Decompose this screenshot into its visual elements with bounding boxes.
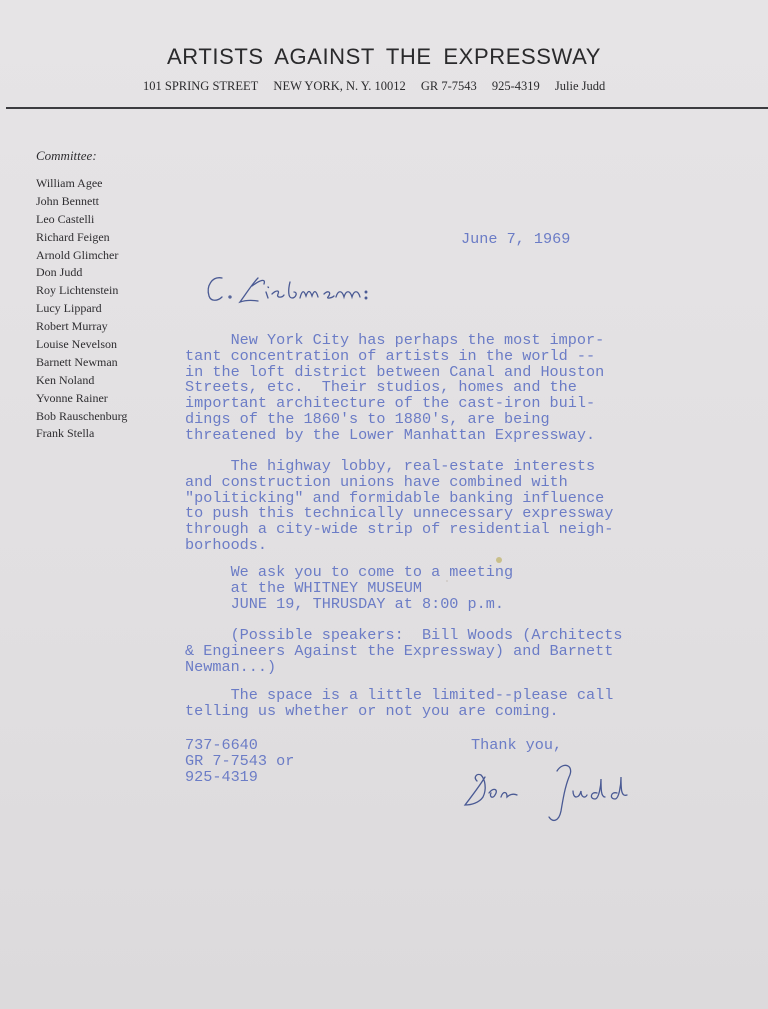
committee-member: Leo Castelli (36, 211, 127, 229)
letterhead-divider (6, 107, 768, 109)
handwritten-salutation: C. Liebmann: (200, 270, 390, 310)
letter-page: ARTISTS AGAINST THE EXPRESSWAY 101 SPRIN… (0, 0, 768, 1009)
committee-member: Bob Rauschenburg (36, 408, 127, 426)
letterhead-address: 101 SPRING STREET NEW YORK, N. Y. 10012 … (143, 79, 617, 94)
paper-speck (446, 580, 448, 582)
address-phone-1: GR 7-7543 (421, 79, 477, 93)
rsvp-paragraph: The space is a little limited--please ca… (185, 688, 613, 720)
committee-member: Ken Noland (36, 372, 127, 390)
address-street: 101 SPRING STREET (143, 79, 258, 93)
committee-member: Lucy Lippard (36, 300, 127, 318)
committee-sidebar: Committee: William Agee John Bennett Leo… (36, 148, 127, 443)
meeting-details: We ask you to come to a meeting at the W… (185, 565, 513, 612)
committee-member: Barnett Newman (36, 354, 127, 372)
committee-member: Roy Lichtenstein (36, 282, 127, 300)
body-paragraph-2: The highway lobby, real-estate interests… (185, 459, 613, 554)
committee-member: Don Judd (36, 264, 127, 282)
address-contact: Julie Judd (555, 79, 605, 93)
closing: Thank you, (471, 738, 562, 754)
letter-date: June 7, 1969 (461, 232, 570, 248)
address-phone-2: 925-4319 (492, 79, 540, 93)
committee-member: Richard Feigen (36, 229, 127, 247)
committee-list: William Agee John Bennett Leo Castelli R… (36, 175, 127, 443)
committee-member: Robert Murray (36, 318, 127, 336)
committee-member: Frank Stella (36, 425, 127, 443)
phone-numbers: 737-6640 GR 7-7543 or 925-4319 (185, 738, 294, 785)
paper-stain (496, 557, 502, 563)
address-city: NEW YORK, N. Y. 10012 (273, 79, 405, 93)
committee-member: John Bennett (36, 193, 127, 211)
committee-member: Louise Nevelson (36, 336, 127, 354)
body-paragraph-1: New York City has perhaps the most impor… (185, 333, 604, 444)
committee-member: William Agee (36, 175, 127, 193)
speakers-paragraph: (Possible speakers: Bill Woods (Architec… (185, 628, 622, 675)
letterhead-title: ARTISTS AGAINST THE EXPRESSWAY (0, 44, 768, 70)
committee-member: Arnold Glimcher (36, 247, 127, 265)
handwritten-signature: Don Judd (455, 755, 665, 830)
committee-heading: Committee: (36, 148, 127, 164)
committee-member: Yvonne Rainer (36, 390, 127, 408)
